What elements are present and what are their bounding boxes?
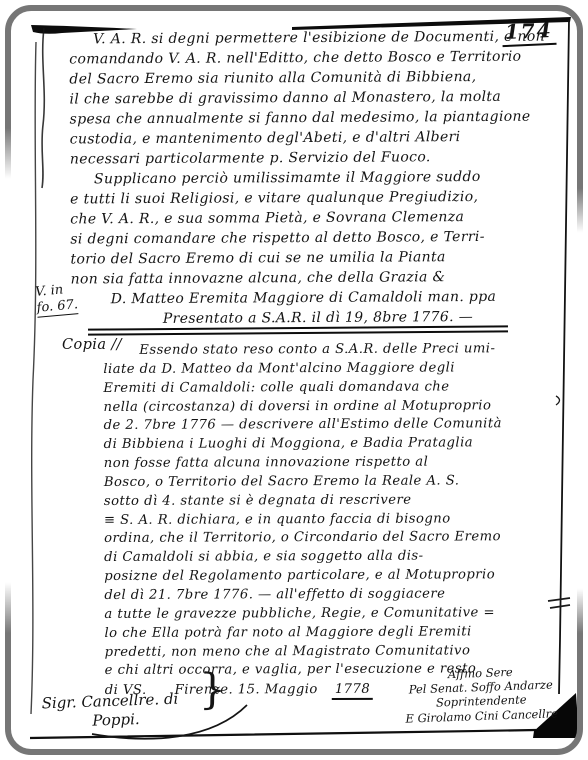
ink-drip-top-left <box>42 28 44 188</box>
page-edge-left <box>31 42 36 714</box>
signature-right-lines: Affmo SerePel Senat. Soffo AndarzeSoprin… <box>389 663 573 726</box>
manuscript-line: sotto dì 4. stante si è degnata di rescr… <box>104 491 558 512</box>
page-edge-right <box>559 20 569 694</box>
signature-block-left: Sigr. Cancellre. di } Poppi. <box>41 690 179 733</box>
manuscript-line: spesa che annualmente si fanno dal medes… <box>70 107 556 130</box>
manuscript-scan: { "document": { "page_number": "174", "m… <box>0 0 588 760</box>
manuscript-line: posizne del Regolamento particolare, e a… <box>104 566 558 587</box>
manuscript-line: de 2. 7bre 1776 — descrivere all'Estimo … <box>104 415 558 436</box>
manuscript-line: non fosse fatta alcuna innovazione rispe… <box>104 453 558 474</box>
manuscript-line: liate da D. Matteo da Mont'alcino Maggio… <box>103 359 557 380</box>
manuscript-line: comandando V. A. R. nell'Editto, che det… <box>69 47 555 70</box>
manuscript-line: ordina, che il Territorio, o Circondario… <box>104 528 558 549</box>
manuscript-line: di Bibbiena i Luoghi di Moggiona, e Badi… <box>104 434 558 455</box>
chancellor-line: Sigr. Cancellre. di <box>41 690 178 713</box>
margin-note-folio-ref: fo. 67. <box>36 297 79 318</box>
manuscript-line: del dì 21. 7bre 1776. — all'effetto di s… <box>104 585 558 606</box>
manuscript-line: Eremiti di Camaldoli: colle quali domand… <box>103 378 557 399</box>
manuscript-line: a tutte le gravezze pubbliche, Regie, e … <box>104 604 558 625</box>
petition-author-line: D. Matteo Eremita Maggiore di Camaldoli … <box>71 287 557 310</box>
manuscript-line: lo che Ella potrà far noto al Maggiore d… <box>104 623 558 644</box>
petition-lines: V. A. R. si degni permettere l'esibizion… <box>69 27 557 290</box>
manuscript-line: Essendo stato reso conto a S.A.R. delle … <box>103 340 557 361</box>
manuscript-line: ≡ S. A. R. dichiara, e in quanto faccia … <box>104 510 558 531</box>
closing-place-date: Firenze. 15. Maggio <box>175 682 318 698</box>
signature-block-right: Affmo SerePel Senat. Soffo AndarzeSoprin… <box>389 663 573 726</box>
copy-section: Essendo stato reso conto a S.A.R. delle … <box>103 340 559 701</box>
margin-note: V. in fo. 67. <box>35 281 79 316</box>
copy-lines: Essendo stato reso conto a S.A.R. delle … <box>103 340 558 681</box>
curly-brace: } <box>199 679 226 698</box>
petition-section: V. A. R. si degni permettere l'esibizion… <box>69 27 557 330</box>
manuscript-line: predetti, non meno che al Magistrato Com… <box>105 642 559 663</box>
closing-year: 1778 <box>332 682 373 700</box>
manuscript-line: nella (circostanza) di doversi in ordine… <box>103 397 557 418</box>
manuscript-line: di Camaldoli si abbia, e sia soggetto al… <box>104 547 558 568</box>
manuscript-line: Bosco, o Territorio del Sacro Eremo la R… <box>104 472 558 493</box>
manuscript-line: si degni comandare che rispetto al detto… <box>70 227 556 250</box>
